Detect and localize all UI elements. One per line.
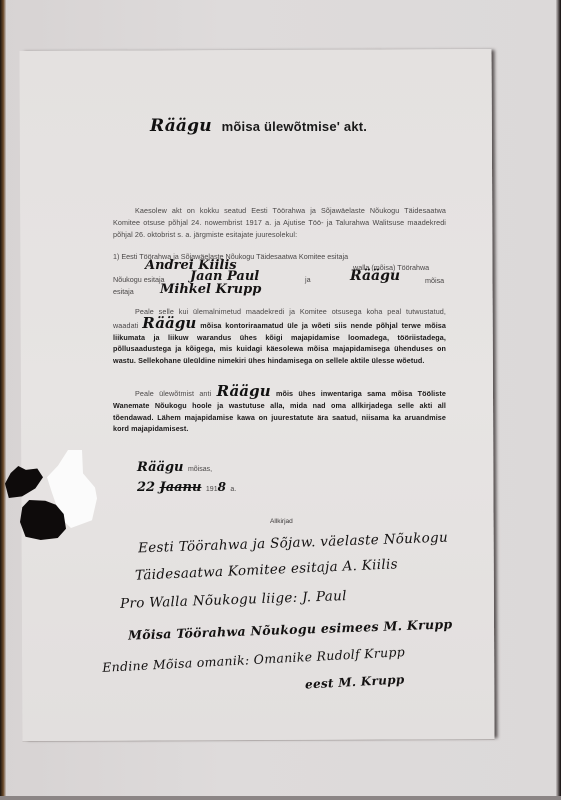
film-edge-right bbox=[556, 0, 561, 800]
rep2-estate-handwritten: Räägu bbox=[350, 268, 400, 284]
p3-estate-handwritten: Räägu bbox=[217, 382, 271, 400]
rep-line3-prefix: esitaja bbox=[113, 287, 134, 296]
film-edge-left bbox=[0, 0, 6, 800]
title-estate-handwritten: Räägu bbox=[150, 116, 212, 136]
p2-estate-handwritten: Räägu bbox=[142, 314, 196, 332]
signatures-label: Allkirjad bbox=[270, 518, 293, 525]
title-printed: mõisa ülewõtmise' akt. bbox=[222, 119, 367, 134]
date-month-handwritten: Jaanu bbox=[160, 480, 202, 495]
intro-text: Kaesolew akt on kokku seatud Eesti Tööra… bbox=[113, 205, 446, 240]
date-year-prefix: 191 bbox=[206, 486, 218, 493]
place-handwritten: Räägu bbox=[137, 460, 184, 475]
place-line: Räägu mõisas, bbox=[137, 458, 212, 476]
rep-line2-ja: ja bbox=[305, 275, 311, 284]
film-edge-bottom bbox=[0, 796, 561, 800]
date-line: 22 Jaanu 1918 a. bbox=[137, 478, 236, 496]
intro-paragraph: Kaesolew akt on kokku seatud Eesti Tööra… bbox=[113, 205, 446, 240]
date-year-handwritten: 8 bbox=[218, 480, 226, 494]
rep-line2-prefix: Nõukogu esitaja bbox=[113, 275, 165, 284]
document-title: Räägu mõisa ülewõtmise' akt. bbox=[150, 116, 410, 136]
paragraph-handover: Peale ülewõtmist anti Räägu mõis ühes in… bbox=[113, 386, 446, 435]
p3-start: Peale ülewõtmist anti bbox=[135, 389, 211, 398]
date-day-handwritten: 22 bbox=[137, 480, 155, 495]
rep3-name-handwritten: Mihkel Krupp bbox=[160, 282, 261, 297]
date-year-suffix: a. bbox=[230, 486, 236, 493]
place-suffix: mõisas, bbox=[188, 466, 212, 473]
paragraph-takeover: Peale selle kui ülemalnimetud maadekredi… bbox=[113, 306, 446, 367]
rep-line2-suffix: mõisa bbox=[425, 276, 444, 285]
